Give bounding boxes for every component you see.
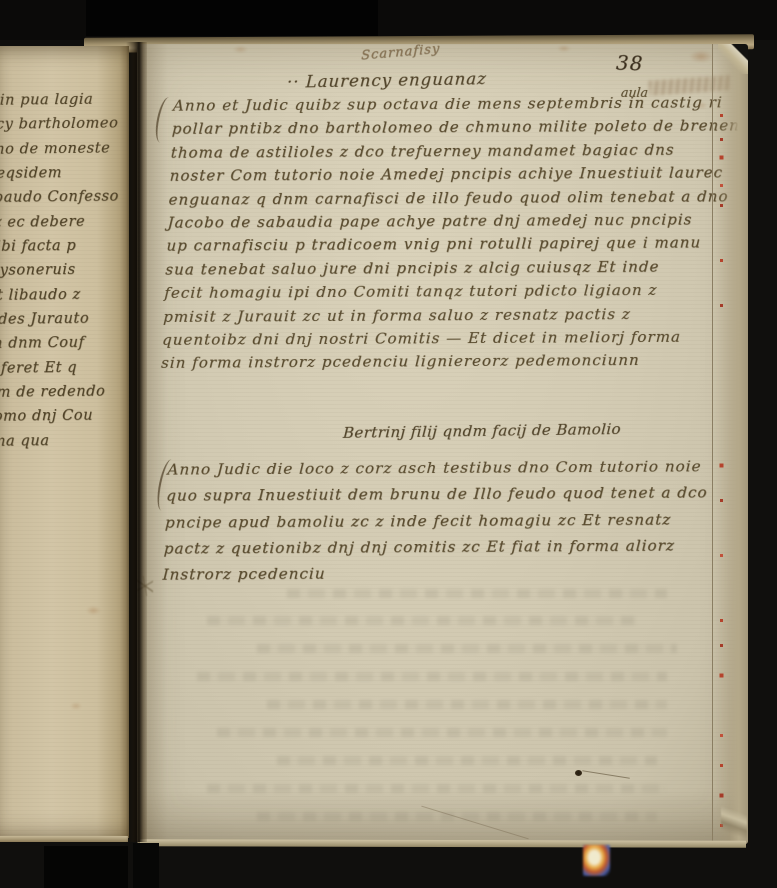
show-through-row (267, 700, 667, 709)
folio-number: 38 (616, 51, 644, 76)
entry-text-block: Anno Judic die loco z corz asch testibus… (162, 453, 710, 588)
manuscript-line: Instrorz pcedenciu (162, 559, 705, 589)
manuscript-line: e sibi facta p (0, 233, 129, 259)
show-through-row (207, 616, 637, 625)
entry-heading: Bertrinj filij qndm facij de Bamolio (343, 420, 622, 442)
manuscript-line: le z ec debere (0, 209, 129, 235)
red-edge-speckles (720, 114, 723, 117)
manuscript-line: Anno et Judic quibz sup octava die mens … (172, 91, 748, 118)
manuscript-line: fecit homagiu ipi dno Comiti tanqz tutor… (164, 278, 743, 305)
manuscript-line: pmisit z Jurauit zc ut in forma saluo z … (163, 302, 742, 329)
facing-page-strip: br in pua lagia uocy bartholomeo adno de… (0, 46, 129, 838)
manuscript-line: adno de moneste (0, 136, 129, 162)
show-through-row (277, 756, 657, 765)
manuscript-line: Jacobo de sabaudia pape achye patre dnj … (167, 208, 746, 235)
manuscript-line: e homo dnj Cou (0, 403, 129, 429)
stain (233, 46, 248, 53)
stain (697, 102, 707, 109)
manuscript-line: dabaudo Confesso (0, 184, 129, 210)
show-through-row (207, 784, 667, 793)
manuscript-line: d inferet Et q (0, 355, 129, 381)
page-bottom-edge (140, 839, 746, 848)
manuscript-line: uocy bartholomeo (0, 111, 129, 137)
manuscript-line: thoma de astilioles z dco trefuerney man… (170, 138, 748, 165)
manuscript-line: forma qua (0, 428, 129, 454)
facing-page-bottom-edge (0, 836, 128, 842)
manuscript-line: q fides Jurauto (0, 306, 129, 332)
manuscript-line: Anno Judic die loco z corz asch testibus… (167, 453, 710, 483)
manuscript-line: preysoneruis (0, 257, 129, 283)
manuscript-photograph: br in pua lagia uocy bartholomeo adno de… (0, 0, 777, 888)
corner-fold-top-right (718, 44, 748, 74)
book-gutter (126, 42, 147, 842)
show-through-row (217, 728, 667, 737)
stain (557, 45, 571, 52)
manuscript-line: pncipe apud bamoliu zc z inde fecit homa… (164, 506, 707, 536)
page-fore-edge (712, 44, 748, 844)
manuscript-line: quo supra Inuestiuit dem brunu de Illo f… (166, 480, 709, 510)
stain (689, 50, 713, 63)
show-through-row (287, 589, 667, 598)
show-through-row (257, 644, 677, 653)
show-through-row (197, 672, 667, 681)
entry-heading: ·· Laurency enguanaz (287, 69, 488, 92)
manuscript-line: noit libaudo z (0, 282, 129, 308)
stain (86, 606, 101, 615)
facing-page-text: br in pua lagia uocy bartholomeo adno de… (0, 87, 129, 454)
manuscript-line: reqm de redendo (0, 379, 129, 405)
gutter-shadow-bottom (133, 843, 159, 888)
manuscript-line: noster Com tutorio noie Amedej pncipis a… (169, 161, 748, 188)
manuscript-line: sua tenebat saluo jure dni pncipis z alc… (165, 255, 744, 282)
manuscript-line: up carnafisciu p tradicoem vnig pni rotu… (166, 232, 745, 259)
stain (70, 702, 82, 710)
ink-blot (575, 770, 582, 776)
light-reflection-artifact (583, 845, 610, 876)
entry-text-block: Anno et Judic quibz sup octava die mens … (161, 91, 748, 375)
manuscript-line: pollar pntibz dno bartholomeo de chmuno … (171, 115, 748, 142)
cradle-shadow-bottom (44, 846, 128, 888)
later-hand-annotation: Scarnafisy (361, 44, 440, 63)
cradle-shadow-top (86, 0, 378, 36)
manuscript-line: z reqsidem (0, 160, 129, 186)
manuscript-page-recto: Scarnafisy 38 ·· Laurency enguanaz aula … (137, 44, 748, 844)
manuscript-line: pactz z quetionibz dnj dnj comitis zc Et… (163, 532, 706, 562)
manuscript-line: rpm dnm Couf (0, 330, 129, 356)
manuscript-line: br in pua lagia (0, 87, 129, 113)
ink-blot-tail (582, 770, 630, 779)
surface-scratch (421, 806, 528, 840)
manuscript-line: enguanaz q dnm carnafisci de illo feudo … (168, 185, 747, 212)
corner-fold-bottom-right (721, 798, 747, 844)
manuscript-line: sin forma instrorz pcedenciu ligniereorz… (161, 349, 740, 376)
manuscript-line: quentoibz dni dnj nostri Comitis — Et di… (162, 325, 741, 352)
